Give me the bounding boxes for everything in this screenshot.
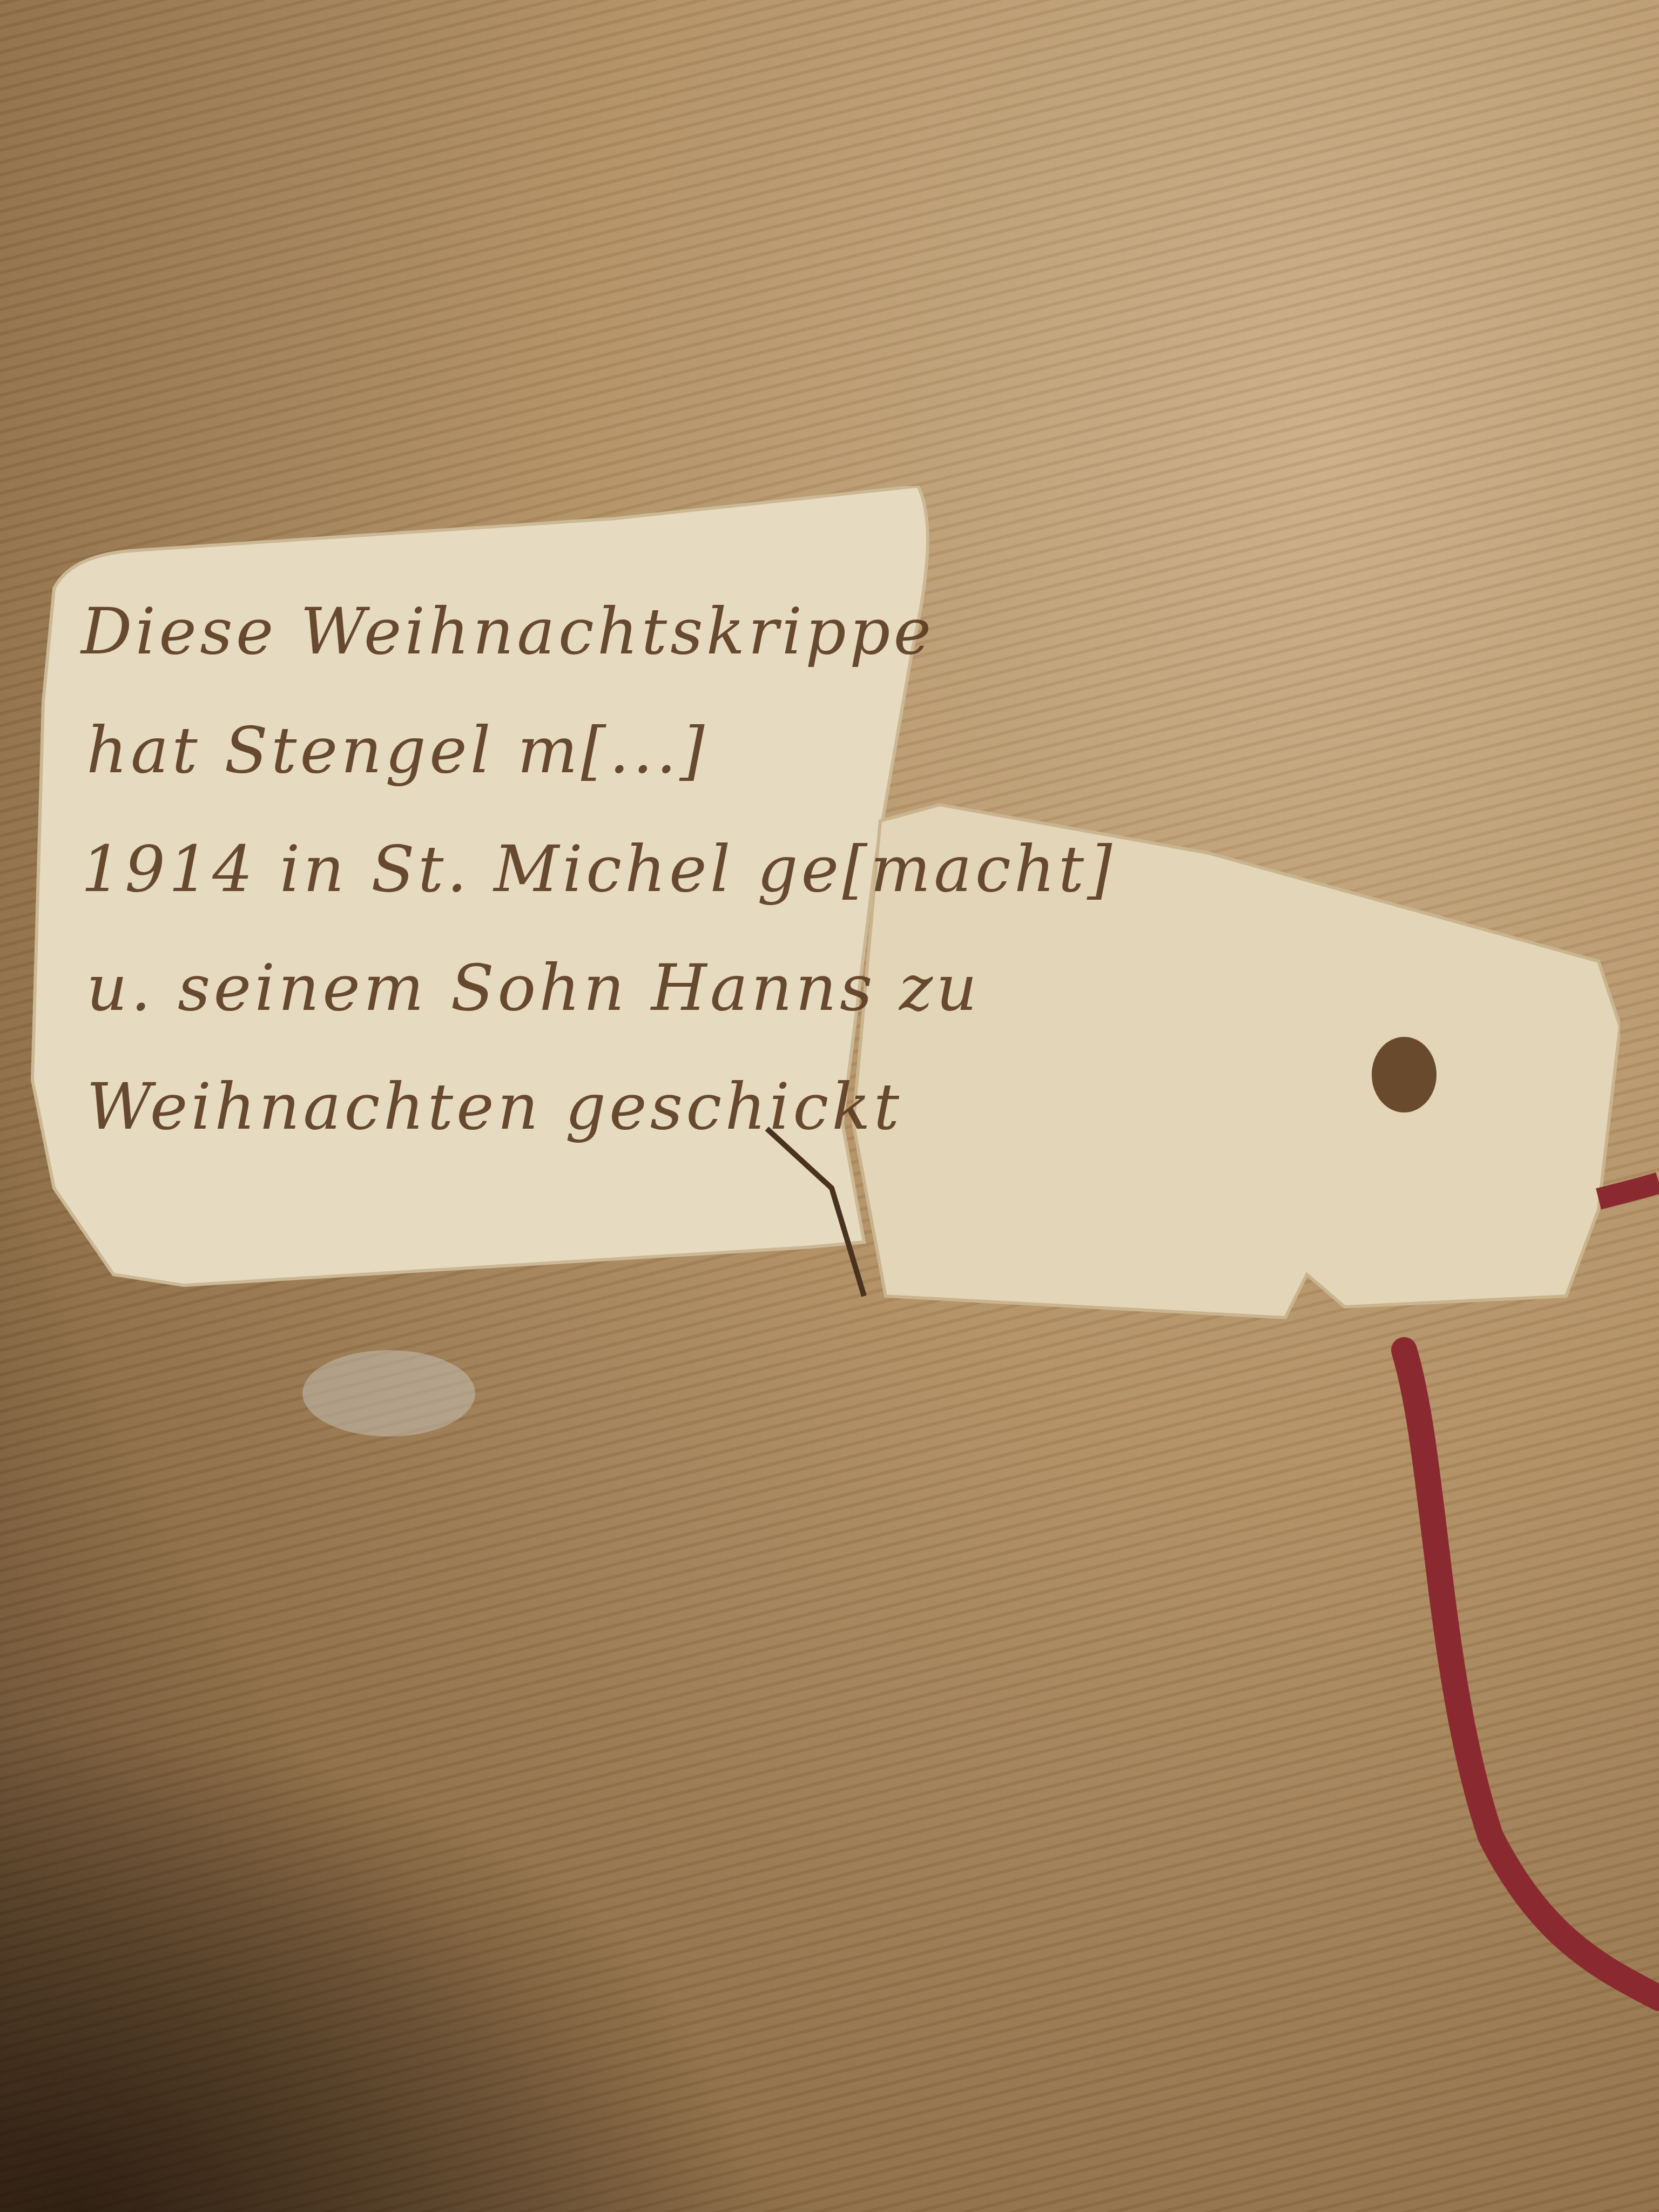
- red-string: [0, 0, 1659, 2212]
